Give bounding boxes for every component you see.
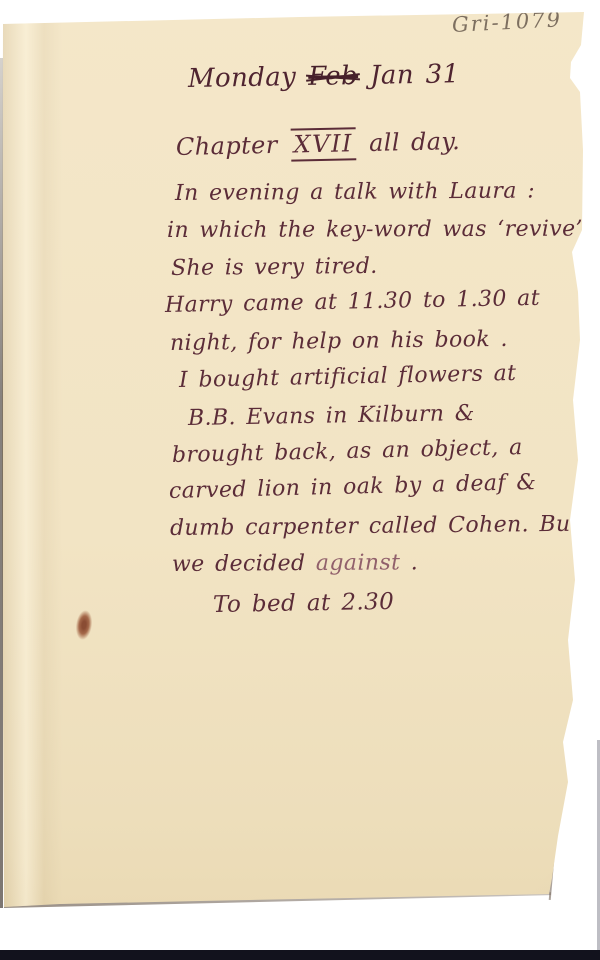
scan-edge-left [0,58,3,908]
diary-page-paper: Gri-1079 MondayFebJan 31 Chapter XVII al… [0,0,600,960]
diary-line: we decided against . [172,550,418,577]
diary-line: She is very tired. [171,254,378,281]
scan-edge-bottom-bar [0,950,600,960]
chapter-line: Chapter XVII all day. [176,125,461,164]
chapter-suffix: all day. [369,127,461,157]
heading-day: Monday [188,62,297,94]
diary-line: Harry came at 11.30 to 1.30 at [165,286,540,318]
faded-word: against [316,550,401,576]
paper-stain [74,609,94,641]
diary-line: in which the key-word was ‘revive’ . [167,216,600,243]
closing-line: To bed at 2.30 [213,589,395,618]
line-text: we decided [172,551,316,577]
diary-line: In evening a talk with Laura : [175,178,535,206]
chapter-numeral: XVII [290,127,356,161]
diary-line: carved lion in oak by a deaf & [169,470,537,504]
heading-date: Jan 31 [370,59,460,91]
line-text: . [400,550,418,575]
heading-struck-word: Feb [308,61,358,92]
diary-line: dumb carpenter called Cohen. But [170,512,580,541]
diary-line: B.B. Evans in Kilburn & [188,401,475,431]
diary-line: night, for help on his book . [170,327,508,356]
entry-heading: MondayFebJan 31 [188,59,460,94]
chapter-label: Chapter [176,131,278,161]
diary-line: brought back, as an object, a [172,435,523,468]
diary-line: I bought artificial flowers at [179,361,517,393]
catalog-number-annotation: Gri-1079 [451,7,562,37]
